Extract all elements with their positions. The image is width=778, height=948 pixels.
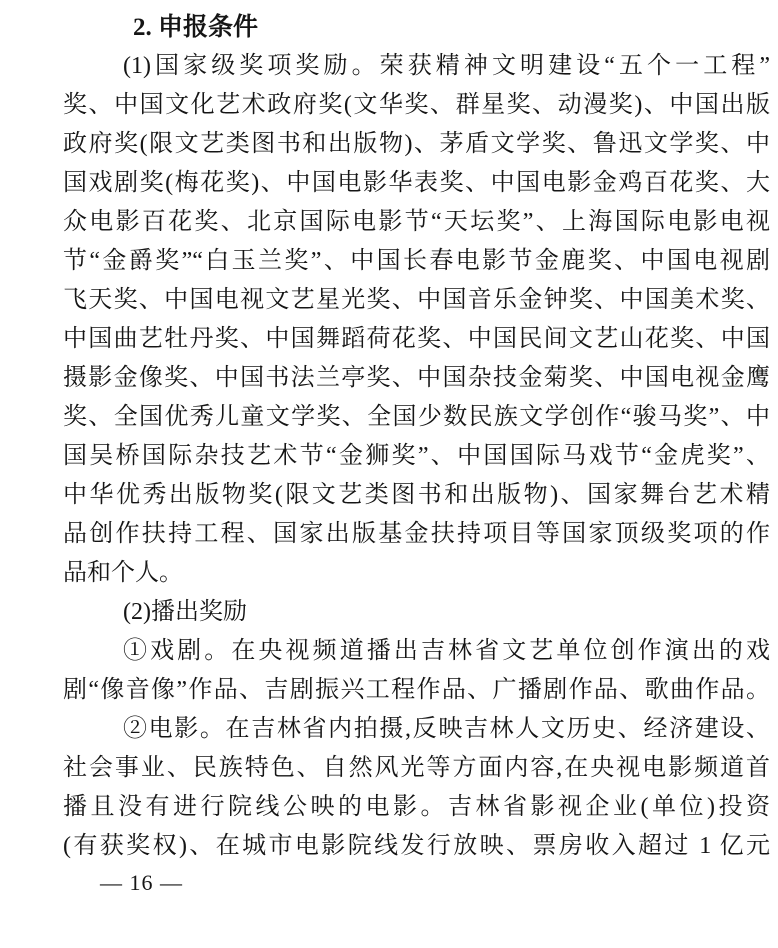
text-line: 2. 申报条件 — [63, 8, 770, 47]
text-line: 国吴桥国际杂技艺术节“金狮奖”、中国国际马戏节“金虎奖”、 — [63, 437, 770, 476]
text-line: (1)国家级奖项奖励。荣获精神文明建设“五个一工程” — [63, 47, 770, 86]
text-line: 众电影百花奖、北京国际电影节“天坛奖”、上海国际电影电视 — [63, 203, 770, 242]
text-line: (2)播出奖励 — [63, 593, 770, 632]
text-line: 飞天奖、中国电视文艺星光奖、中国音乐金钟奖、中国美术奖、 — [63, 281, 770, 320]
page-body-text: 2. 申报条件(1)国家级奖项奖励。荣获精神文明建设“五个一工程”奖、中国文化艺… — [63, 8, 770, 866]
text-line: 奖、中国文化艺术政府奖(文华奖、群星奖、动漫奖)、中国出版 — [63, 86, 770, 125]
text-line: ②电影。在吉林省内拍摄,反映吉林人文历史、经济建设、 — [63, 710, 770, 749]
text-line: 剧“像音像”作品、吉剧振兴工程作品、广播剧作品、歌曲作品。 — [63, 671, 770, 710]
text-line: 品创作扶持工程、国家出版基金扶持项目等国家顶级奖项的作 — [63, 515, 770, 554]
text-line: 节“金爵奖”“白玉兰奖”、中国长春电影节金鹿奖、中国电视剧 — [63, 242, 770, 281]
text-line: 品和个人。 — [63, 554, 770, 593]
text-line: 政府奖(限文艺类图书和出版物)、茅盾文学奖、鲁迅文学奖、中 — [63, 125, 770, 164]
text-line: 社会事业、民族特色、自然风光等方面内容,在央视电影频道首 — [63, 749, 770, 788]
text-line: ①戏剧。在央视频道播出吉林省文艺单位创作演出的戏 — [63, 632, 770, 671]
text-line: 播且没有进行院线公映的电影。吉林省影视企业(单位)投资 — [63, 788, 770, 827]
text-line: 国戏剧奖(梅花奖)、中国电影华表奖、中国电影金鸡百花奖、大 — [63, 164, 770, 203]
text-line: 摄影金像奖、中国书法兰亭奖、中国杂技金菊奖、中国电视金鹰 — [63, 359, 770, 398]
text-line: (有获奖权)、在城市电影院线发行放映、票房收入超过 1 亿元 — [63, 827, 770, 866]
document-page: 2. 申报条件(1)国家级奖项奖励。荣获精神文明建设“五个一工程”奖、中国文化艺… — [0, 0, 778, 948]
text-line: 中国曲艺牡丹奖、中国舞蹈荷花奖、中国民间文艺山花奖、中国 — [63, 320, 770, 359]
text-line: 奖、全国优秀儿童文学奖、全国少数民族文学创作“骏马奖”、中 — [63, 398, 770, 437]
page-number: — 16 — — [100, 868, 183, 898]
text-line: 中华优秀出版物奖(限文艺类图书和出版物)、国家舞台艺术精 — [63, 476, 770, 515]
